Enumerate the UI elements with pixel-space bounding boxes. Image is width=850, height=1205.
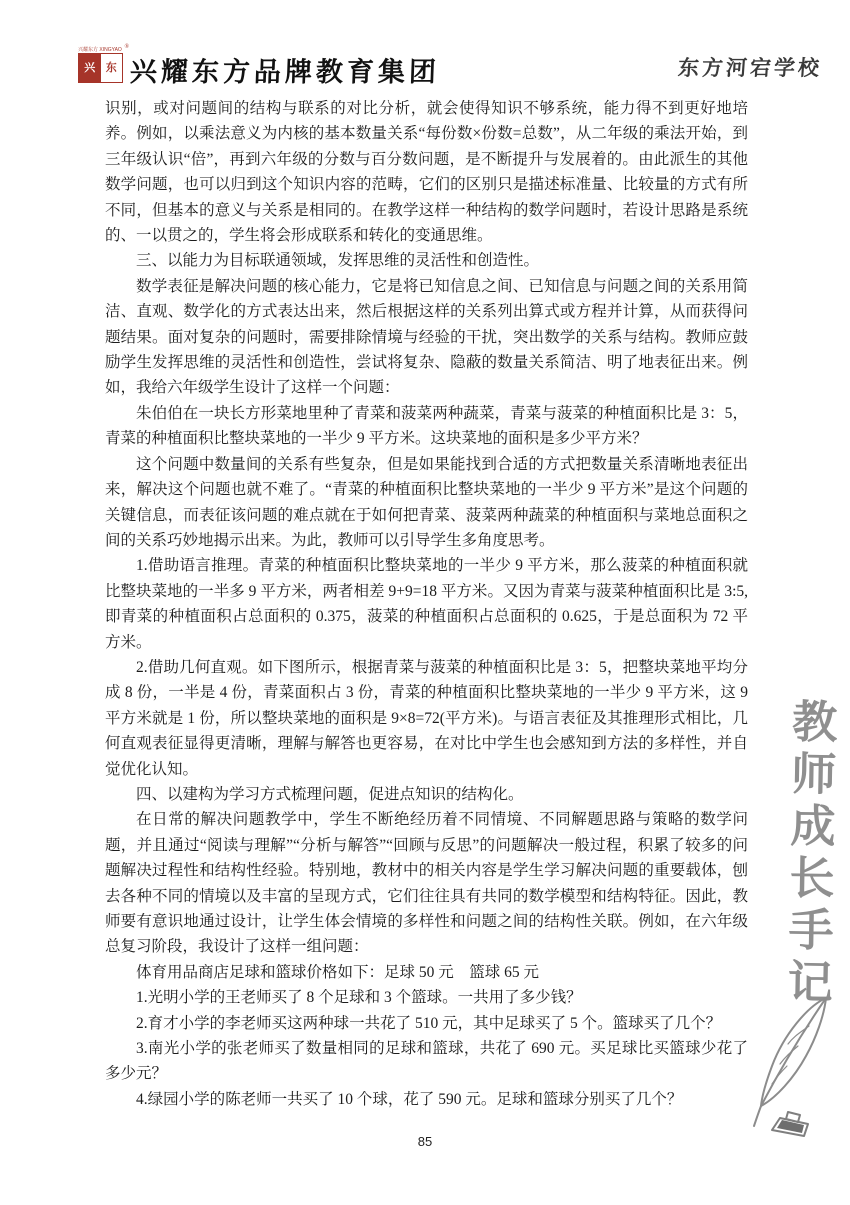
vertical-calligraphy-title: 教师成长手记: [782, 698, 832, 1011]
logo-seal-right: 东方: [101, 54, 123, 82]
body-paragraph: 1.光明小学的王老师买了 8 个足球和 3 个篮球。一共用了多少钱？: [105, 985, 748, 1010]
page-number: 85: [418, 1134, 432, 1149]
body-paragraph: 2.借助几何直观。如下图所示，根据青菜与菠菜的种植面积比是 3：5，把整块菜地平…: [105, 655, 748, 782]
page-header: 兴耀东方 XINGYAO 兴耀 东方 ® 兴耀东方品牌教育集团 东方河宕学校: [0, 0, 850, 96]
document-body: 识别，或对问题间的结构与联系的对比分析，就会使得知识不够系统，能力得不到更好地培…: [105, 96, 748, 1112]
quill-ink-icon: [746, 992, 834, 1140]
body-paragraph: 4.绿园小学的陈老师一共买了 10 个球，花了 590 元。足球和篮球分别买了几…: [105, 1087, 748, 1112]
body-paragraph: 数学表征是解决问题的核心能力，它是将已知信息之间、已知信息与问题之间的关系用简洁…: [105, 274, 748, 401]
body-paragraph: 在日常的解决问题教学中，学生不断绝经历着不同情境、不同解题思路与策略的数学问题，…: [105, 807, 748, 959]
body-paragraph: 四、以建构为学习方式梳理问题，促进点知识的结构化。: [105, 782, 748, 807]
body-paragraph: 3.南光小学的张老师买了数量相同的足球和篮球，共花了 690 元。买足球比买篮球…: [105, 1036, 748, 1087]
school-name: 东方河宕学校: [677, 52, 823, 82]
body-paragraph: 朱伯伯在一块长方形菜地里种了青菜和菠菜两种蔬菜，青菜与菠菜的种植面积比是 3：5…: [105, 401, 748, 452]
logo-seal-left: 兴耀: [79, 54, 101, 82]
body-paragraph: 三、以能力为目标联通领域，发挥思维的灵活性和创造性。: [105, 248, 748, 273]
logo-small-text: 兴耀东方 XINGYAO: [78, 47, 125, 53]
body-paragraph: 体育用品商店足球和篮球价格如下：足球 50 元 篮球 65 元: [105, 960, 748, 985]
body-paragraph: 2.育才小学的李老师买这两种球一共花了 510 元，其中足球买了 5 个。篮球买…: [105, 1011, 748, 1036]
body-paragraph: 1.借助语言推理。青菜的种植面积比整块菜地的一半少 9 平方米，那么菠菜的种植面…: [105, 553, 748, 655]
body-paragraph: 这个问题中数量间的关系有些复杂，但是如果能找到合适的方式把数量关系清晰地表征出来…: [105, 452, 748, 554]
body-paragraph: 识别，或对问题间的结构与联系的对比分析，就会使得知识不够系统，能力得不到更好地培…: [105, 96, 748, 248]
trademark-symbol: ®: [124, 44, 129, 50]
brand-title: 兴耀东方品牌教育集团: [129, 50, 440, 89]
logo-seal: 兴耀 东方: [78, 53, 123, 83]
document-page: 兴耀东方 XINGYAO 兴耀 东方 ® 兴耀东方品牌教育集团 东方河宕学校 识…: [0, 0, 850, 1205]
brand-logo-seal-icon: 兴耀东方 XINGYAO 兴耀 东方 ®: [78, 47, 125, 88]
